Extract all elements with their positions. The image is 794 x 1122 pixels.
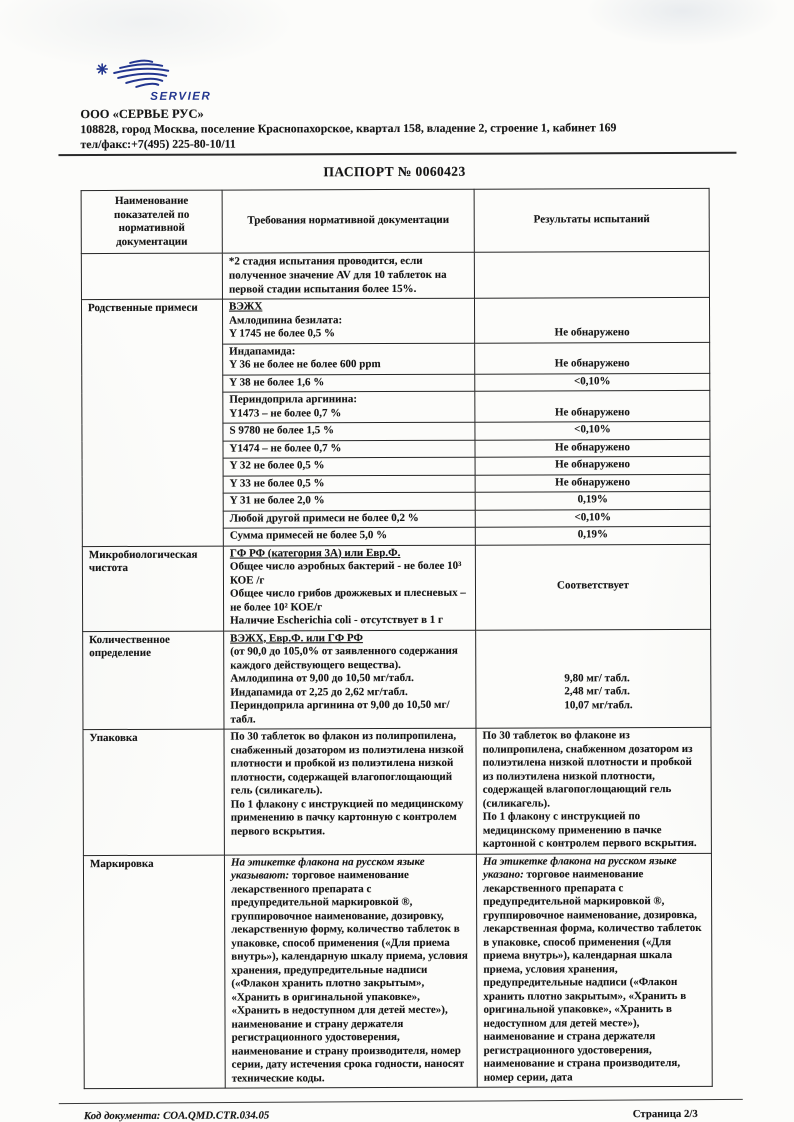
empty-cell — [474, 251, 709, 298]
result-cell: Не обнаружено — [475, 456, 710, 474]
requirement-paragraph: По 30 таблеток во флакон из полипропилен… — [230, 730, 469, 798]
page-footer: Код документа: COA.QMD.CTR.034.05 Страни… — [84, 1108, 698, 1122]
requirement-cell: ГФ РФ (категория 3А) или Евр.Ф. Общее чи… — [223, 545, 475, 631]
indicator-name-cell: Микробиологическая чистота — [82, 546, 223, 631]
requirement-cell: ВЭЖХ, Евр.Ф. или ГФ РФ (от 90,0 до 105,0… — [224, 630, 476, 729]
method-label: ГФ РФ (категория 3А) или Евр.Ф. — [230, 546, 469, 560]
requirement-cell: Индапамида: Y 36 не более не более 600 p… — [223, 343, 475, 375]
table-header-row: Наименование показателей по нормативной … — [81, 188, 709, 253]
result-cell: <0,10% — [475, 509, 710, 527]
row-microbiology: Микробиологическая чистота ГФ РФ (катего… — [82, 544, 710, 631]
requirement-paragraph: На этикетке флакона на русском языке ука… — [231, 855, 471, 1085]
result-cell: 0,19% — [475, 526, 710, 544]
indicator-name-cell: Количественное определение — [83, 631, 224, 730]
requirement-line: Амлодипина безилата: — [229, 313, 468, 327]
page-number: Страница 2/3 — [633, 1108, 698, 1120]
column-header-requirements: Требования нормативной документации — [222, 189, 474, 253]
row-labeling: Маркировка На этикетке флакона на русско… — [83, 853, 712, 1089]
result-cell: Не обнаружено — [475, 342, 710, 374]
requirement-cell: По 30 таблеток во флакон из полипропилен… — [224, 728, 476, 854]
requirement-paragraph: По 1 флакону с инструкцией по медицинско… — [231, 797, 470, 838]
result-cell: 9,80 мг/ табл. 2,48 мг/ табл. 10,07 мг/т… — [476, 629, 711, 728]
method-label: ВЭЖХ — [229, 300, 468, 314]
indicator-name-cell: Родственные примеси — [81, 299, 223, 546]
result-cell: Соответствует — [475, 544, 710, 630]
result-cell: Не обнаружено — [475, 439, 710, 457]
requirement-cell: Y1474 – не более 0,7 % — [223, 440, 475, 458]
requirement-line: Общее число грибов дрожжевых и плесневых… — [230, 587, 469, 615]
company-address: 108828, город Москва, поселение Краснопа… — [80, 120, 708, 137]
requirement-cell: Сумма примесей не более 5,0 % — [223, 527, 475, 545]
requirement-cell: На этикетке флакона на русском языке ука… — [224, 854, 477, 1088]
document-code: Код документа: COA.QMD.CTR.034.05 — [84, 1109, 269, 1122]
requirement-line: Y1473 – не более 0,7 % — [229, 406, 468, 420]
result-line: 2,48 мг/ табл. — [564, 685, 704, 699]
requirement-cell: Y 33 не более 0,5 % — [223, 475, 475, 493]
requirement-cell: Периндоприла аргинина: Y1473 – не более … — [223, 391, 475, 423]
requirement-cell: Y 31 не более 2,0 % — [223, 492, 475, 510]
labeling-body: торговое наименование лекарственного пре… — [483, 868, 702, 1083]
result-cell: На этикетке флакона на русском языке ука… — [476, 853, 712, 1087]
scanned-page: SERVIER ООО «СЕРВЬЕ РУС» 108828, город М… — [0, 0, 794, 1122]
row-impurities: Родственные примеси ВЭЖХ Амлодипина бези… — [81, 297, 709, 344]
servier-logo-text: SERVIER — [150, 91, 211, 103]
row-packaging: Упаковка По 30 таблеток во флакон из пол… — [83, 727, 711, 855]
requirement-line: Индапамида от 2,25 до 2,62 мг/табл. — [230, 685, 469, 699]
result-line: 9,80 мг/ табл. — [564, 671, 704, 685]
requirement-line: Периндоприла аргинина от 9,00 до 10,50 м… — [230, 699, 469, 727]
result-cell: 0,19% — [475, 491, 710, 509]
passport-table: Наименование показателей по нормативной … — [81, 188, 713, 1089]
leaf-swirl-icon — [114, 61, 168, 87]
empty-cell — [81, 253, 222, 299]
requirement-line: Периндоприла аргинина: — [229, 393, 468, 407]
method-label: ВЭЖХ, Евр.Ф. или ГФ РФ — [230, 631, 469, 645]
result-paragraph: По 30 таблеток во флаконе из полипропиле… — [482, 729, 704, 811]
result-paragraph: По 1 флакону с инструкцией по медицинско… — [483, 810, 705, 851]
footer-divider — [59, 1099, 743, 1104]
stage-note-cell: *2 стадия испытания проводится, если пол… — [222, 252, 474, 299]
labeling-body: торговое наименование лекарственного пре… — [231, 869, 468, 1084]
result-cell: Не обнаружено — [475, 390, 710, 422]
result-cell: По 30 таблеток во флаконе из полипропиле… — [476, 727, 711, 853]
column-header-results: Результаты испытаний — [474, 188, 709, 252]
servier-logo: SERVIER — [94, 57, 708, 105]
requirement-cell: Y 38 не более 1,6 % — [223, 374, 475, 392]
requirement-line: Наличие Escherichia coli - отсутствует в… — [230, 614, 469, 628]
requirement-line: (от 90,0 до 105,0% от заявленного содерж… — [230, 645, 469, 673]
result-cell: Не обнаружено — [475, 474, 710, 492]
result-cell: <0,10% — [475, 421, 710, 439]
letterhead-divider — [58, 152, 736, 156]
result-cell: <0,10% — [475, 373, 710, 391]
row-assay: Количественное определение ВЭЖХ, Евр.Ф. … — [83, 629, 711, 730]
requirement-cell: Y 32 не более 0,5 % — [223, 457, 475, 475]
page-content: SERVIER ООО «СЕРВЬЕ РУС» 108828, город М… — [80, 57, 712, 1122]
requirement-line: Индапамида: — [229, 344, 468, 358]
result-cell: Не обнаружено — [474, 297, 709, 342]
column-header-indicator: Наименование показателей по нормативной … — [81, 190, 222, 253]
company-phone: тел/факс:+7(495) 225-80-10/11 — [80, 135, 708, 152]
note-row: *2 стадия испытания проводится, если пол… — [81, 251, 709, 299]
requirement-cell: Любой другой примеси не более 0,2 % — [223, 510, 475, 528]
page-title: ПАСПОРТ № 0060423 — [81, 163, 709, 181]
requirement-line: Y 36 не более не более 600 ppm — [229, 358, 468, 372]
star-icon — [97, 64, 107, 74]
requirement-line: Амлодипина от 9,00 до 10,50 мг/табл. — [230, 672, 469, 686]
result-paragraph: На этикетке флакона на русском языке ука… — [483, 854, 706, 1084]
result-line: 10,07 мг/табл. — [564, 698, 704, 712]
indicator-name-cell: Упаковка — [83, 729, 224, 855]
requirement-line: Y 1745 не более 0,5 % — [229, 327, 468, 341]
indicator-name-cell: Маркировка — [83, 855, 225, 1089]
requirement-line: Общее число аэробных бактерий - не более… — [230, 560, 469, 588]
servier-logo-graphic: SERVIER — [94, 58, 254, 105]
requirement-cell: S 9780 не более 1,5 % — [223, 422, 475, 440]
requirement-cell: ВЭЖХ Амлодипина безилата: Y 1745 не боле… — [222, 298, 474, 343]
